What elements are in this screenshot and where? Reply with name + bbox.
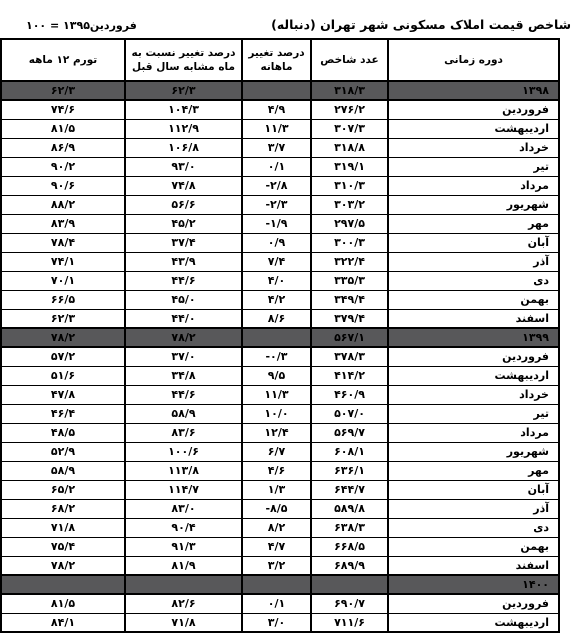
cell-index: ۴۶۰/۹ xyxy=(311,385,388,404)
index-value: ۵۸۹/۸ xyxy=(334,502,365,515)
cell-inflation: ۸۳/۹ xyxy=(1,214,125,233)
cell-period: اسفند xyxy=(388,309,559,328)
cell-yoy: ۹۳/۰ xyxy=(125,157,242,176)
cell-index: ۳۱۸/۳ xyxy=(311,81,388,100)
cell-yoy: ۶۲/۳ xyxy=(125,81,242,100)
cell-yoy: ۸۲/۶ xyxy=(125,594,242,613)
year-row: ۱۴۰۰ xyxy=(1,575,559,594)
cell-monthly: ۱۲/۴ xyxy=(242,423,311,442)
cell-inflation: ۷۸/۲ xyxy=(1,556,125,575)
index-value: ۳۰۳/۲ xyxy=(334,198,365,211)
monthly-value: ۴/۹ xyxy=(268,103,285,116)
cell-inflation: ۵۸/۹ xyxy=(1,461,125,480)
index-value: ۳۷۹/۴ xyxy=(334,312,365,325)
index-value: ۶۹۰/۷ xyxy=(334,597,365,610)
cell-monthly: ۱۱/۳ xyxy=(242,385,311,404)
monthly-value: -۲/۸ xyxy=(265,179,287,192)
cell-period: آذر xyxy=(388,252,559,271)
index-value: ۴۶۰/۹ xyxy=(334,388,365,401)
cell-yoy xyxy=(125,575,242,594)
cell-index: ۶۸۹/۹ xyxy=(311,556,388,575)
inflation-value: ۵۸/۹ xyxy=(51,464,75,477)
month-row: شهریور۶۰۸/۱۶/۷۱۰۰/۶۵۲/۹ xyxy=(1,442,559,461)
monthly-value: ۱۲/۴ xyxy=(264,426,288,439)
inflation-value: ۷۰/۱ xyxy=(51,274,75,287)
yoy-value: ۵۸/۹ xyxy=(171,407,195,420)
index-value: ۳۱۸/۸ xyxy=(334,141,365,154)
cell-index: ۳۱۹/۱ xyxy=(311,157,388,176)
cell-yoy: ۵۸/۹ xyxy=(125,404,242,423)
cell-period: بهمن xyxy=(388,290,559,309)
monthly-value: ۰/۱ xyxy=(268,597,285,610)
index-value: ۳۱۰/۳ xyxy=(334,179,365,192)
month-row: خرداد۳۱۸/۸۳/۷۱۰۶/۸۸۶/۹ xyxy=(1,138,559,157)
cell-period: اسفند xyxy=(388,556,559,575)
inflation-value: ۵۱/۶ xyxy=(51,369,75,382)
index-value: ۳۰۰/۳ xyxy=(334,236,365,249)
index-value: ۶۳۶/۱ xyxy=(334,464,365,477)
monthly-value: ۴/۷ xyxy=(268,540,285,553)
inflation-value: ۸۱/۵ xyxy=(51,122,75,135)
index-value: ۶۶۸/۵ xyxy=(334,540,365,553)
cell-period: اردیبهشت xyxy=(388,366,559,385)
index-value: ۳۷۸/۳ xyxy=(334,350,365,363)
month-row: مرداد۵۶۹/۷۱۲/۴۸۳/۶۴۸/۵ xyxy=(1,423,559,442)
month-row: فروردین۶۹۰/۷۰/۱۸۲/۶۸۱/۵ xyxy=(1,594,559,613)
inflation-value: ۶۲/۳ xyxy=(51,312,75,325)
inflation-value: ۶۲/۳ xyxy=(51,84,75,97)
cell-index: ۳۱۰/۳ xyxy=(311,176,388,195)
cell-index: ۳۳۵/۳ xyxy=(311,271,388,290)
cell-yoy: ۱۱۲/۹ xyxy=(125,119,242,138)
month-row: مرداد۳۱۰/۳-۲/۸۷۴/۸۹۰/۶ xyxy=(1,176,559,195)
inflation-value: ۸۸/۲ xyxy=(51,198,75,211)
cell-monthly: ۰/۱ xyxy=(242,594,311,613)
cell-index: ۶۳۸/۳ xyxy=(311,518,388,537)
cell-period: فروردین xyxy=(388,100,559,119)
cell-index: ۵۰۷/۰ xyxy=(311,404,388,423)
table-header: دوره زمانی عدد شاخص درصد تغییر ماهانه در… xyxy=(1,39,559,81)
cell-inflation: ۴۷/۸ xyxy=(1,385,125,404)
yoy-value: ۴۴/۶ xyxy=(171,274,195,287)
cell-index xyxy=(311,575,388,594)
cell-index: ۶۴۴/۷ xyxy=(311,480,388,499)
cell-index: ۵۶۹/۷ xyxy=(311,423,388,442)
inflation-value: ۷۱/۸ xyxy=(51,521,75,534)
cell-index: ۷۱۱/۶ xyxy=(311,613,388,632)
monthly-value: ۱۱/۳ xyxy=(264,122,288,135)
cell-period: آبان xyxy=(388,233,559,252)
yoy-value: ۱۰۰/۶ xyxy=(168,445,199,458)
monthly-value: ۸/۶ xyxy=(268,312,285,325)
yoy-value: ۹۰/۴ xyxy=(171,521,195,534)
cell-monthly: ۴/۷ xyxy=(242,537,311,556)
cell-period: مهر xyxy=(388,461,559,480)
inflation-value: ۸۴/۱ xyxy=(51,616,75,629)
cell-yoy: ۵۶/۶ xyxy=(125,195,242,214)
cell-index: ۲۹۷/۵ xyxy=(311,214,388,233)
index-value: ۳۳۵/۳ xyxy=(334,274,365,287)
index-value: ۲۹۷/۵ xyxy=(334,217,365,230)
cell-monthly: -۸/۵ xyxy=(242,499,311,518)
cell-yoy: ۴۳/۹ xyxy=(125,252,242,271)
cell-inflation: ۸۱/۵ xyxy=(1,594,125,613)
index-value: ۴۱۴/۲ xyxy=(334,369,365,382)
yoy-value: ۸۳/۰ xyxy=(171,502,195,515)
cell-inflation xyxy=(1,575,125,594)
inflation-value: ۴۷/۸ xyxy=(51,388,75,401)
column-header-period: دوره زمانی xyxy=(388,39,559,81)
month-row: اردیبهشت۳۰۷/۳۱۱/۳۱۱۲/۹۸۱/۵ xyxy=(1,119,559,138)
inflation-value: ۸۱/۵ xyxy=(51,597,75,610)
inflation-value: ۷۴/۱ xyxy=(51,255,75,268)
cell-index: ۳۰۷/۳ xyxy=(311,119,388,138)
month-row: آبان۳۰۰/۳۰/۹۳۷/۴۷۸/۴ xyxy=(1,233,559,252)
cell-index: ۳۰۰/۳ xyxy=(311,233,388,252)
cell-period: فروردین xyxy=(388,594,559,613)
monthly-value: ۷/۴ xyxy=(268,255,285,268)
cell-monthly: ۴/۹ xyxy=(242,100,311,119)
inflation-value: ۶۵/۲ xyxy=(51,483,75,496)
cell-index: ۳۲۲/۴ xyxy=(311,252,388,271)
monthly-value: ۳/۷ xyxy=(268,141,285,154)
cell-yoy: ۴۴/۰ xyxy=(125,309,242,328)
inflation-value: ۹۰/۲ xyxy=(51,160,75,173)
cell-period: اردیبهشت xyxy=(388,613,559,632)
header-row: دوره زمانی عدد شاخص درصد تغییر ماهانه در… xyxy=(1,39,559,81)
inflation-value: ۷۸/۲ xyxy=(51,559,75,572)
cell-monthly: -۲/۳ xyxy=(242,195,311,214)
month-row: اسفند۳۷۹/۴۸/۶۴۴/۰۶۲/۳ xyxy=(1,309,559,328)
cell-inflation: ۶۲/۳ xyxy=(1,81,125,100)
cell-monthly: ۶/۷ xyxy=(242,442,311,461)
cell-yoy: ۱۰۰/۶ xyxy=(125,442,242,461)
cell-inflation: ۶۵/۲ xyxy=(1,480,125,499)
cell-yoy: ۴۵/۲ xyxy=(125,214,242,233)
inflation-value: ۷۴/۶ xyxy=(51,103,75,116)
monthly-value: -۸/۵ xyxy=(265,502,287,515)
cell-yoy: ۱۱۳/۸ xyxy=(125,461,242,480)
yoy-value: ۷۱/۸ xyxy=(171,616,195,629)
yoy-value: ۱۱۳/۸ xyxy=(168,464,199,477)
inflation-value: ۷۸/۴ xyxy=(51,236,75,249)
cell-yoy: ۷۸/۲ xyxy=(125,328,242,347)
month-row: اردیبهشت۴۱۴/۲۹/۵۳۴/۸۵۱/۶ xyxy=(1,366,559,385)
monthly-value: ۶/۷ xyxy=(268,445,285,458)
column-header-index: عدد شاخص xyxy=(311,39,388,81)
cell-yoy: ۳۷/۴ xyxy=(125,233,242,252)
index-value: ۳۲۲/۴ xyxy=(334,255,365,268)
cell-index: ۵۶۷/۱ xyxy=(311,328,388,347)
cell-yoy: ۹۱/۳ xyxy=(125,537,242,556)
yoy-value: ۱۱۴/۷ xyxy=(168,483,199,496)
yoy-value: ۶۲/۳ xyxy=(171,84,195,97)
month-row: تیر۳۱۹/۱۰/۱۹۳/۰۹۰/۲ xyxy=(1,157,559,176)
cell-monthly: ۳/۰ xyxy=(242,613,311,632)
yoy-value: ۴۳/۹ xyxy=(171,255,195,268)
cell-yoy: ۱۰۶/۸ xyxy=(125,138,242,157)
month-row: فروردین۲۷۶/۲۴/۹۱۰۴/۳۷۴/۶ xyxy=(1,100,559,119)
yoy-value: ۸۳/۶ xyxy=(171,426,195,439)
cell-yoy: ۴۴/۶ xyxy=(125,385,242,404)
cell-index: ۶۰۸/۱ xyxy=(311,442,388,461)
month-row: فروردین۳۷۸/۳-۰/۳۳۷/۰۵۷/۲ xyxy=(1,347,559,366)
cell-monthly: ۴/۲ xyxy=(242,290,311,309)
cell-monthly xyxy=(242,575,311,594)
cell-index: ۳۴۹/۴ xyxy=(311,290,388,309)
monthly-value: ۳/۰ xyxy=(268,616,285,629)
cell-monthly: ۹/۵ xyxy=(242,366,311,385)
cell-yoy: ۴۴/۶ xyxy=(125,271,242,290)
cell-period: بهمن xyxy=(388,537,559,556)
cell-index: ۲۷۶/۲ xyxy=(311,100,388,119)
yoy-value: ۴۵/۲ xyxy=(171,217,195,230)
index-value: ۷۱۱/۶ xyxy=(334,616,365,629)
monthly-value: ۹/۵ xyxy=(268,369,285,382)
monthly-value: ۸/۲ xyxy=(268,521,285,534)
index-value: ۶۴۴/۷ xyxy=(334,483,365,496)
index-value: ۳۰۷/۳ xyxy=(334,122,365,135)
cell-period: آذر xyxy=(388,499,559,518)
inflation-value: ۶۸/۲ xyxy=(51,502,75,515)
inflation-value: ۴۸/۵ xyxy=(51,426,75,439)
cell-monthly: ۷/۴ xyxy=(242,252,311,271)
column-header-inflation: تورم ۱۲ ماهه xyxy=(1,39,125,81)
cell-yoy: ۸۱/۹ xyxy=(125,556,242,575)
cell-inflation: ۶۲/۳ xyxy=(1,309,125,328)
price-index-table: دوره زمانی عدد شاخص درصد تغییر ماهانه در… xyxy=(0,38,560,633)
year-row: ۱۳۹۸۳۱۸/۳۶۲/۳۶۲/۳ xyxy=(1,81,559,100)
cell-index: ۴۱۴/۲ xyxy=(311,366,388,385)
cell-period: ۱۴۰۰ xyxy=(388,575,559,594)
index-value: ۲۷۶/۲ xyxy=(334,103,365,116)
cell-yoy: ۳۴/۸ xyxy=(125,366,242,385)
inflation-value: ۶۶/۵ xyxy=(51,293,75,306)
yoy-value: ۳۷/۰ xyxy=(171,350,195,363)
inflation-value: ۴۶/۴ xyxy=(51,407,75,420)
month-row: اسفند۶۸۹/۹۳/۲۸۱/۹۷۸/۲ xyxy=(1,556,559,575)
cell-inflation: ۸۴/۱ xyxy=(1,613,125,632)
cell-inflation: ۷۴/۱ xyxy=(1,252,125,271)
cell-period: ۱۳۹۹ xyxy=(388,328,559,347)
cell-monthly: ۳/۲ xyxy=(242,556,311,575)
cell-inflation: ۷۵/۴ xyxy=(1,537,125,556)
cell-index: ۳۷۹/۴ xyxy=(311,309,388,328)
index-value: ۵۶۹/۷ xyxy=(334,426,365,439)
cell-inflation: ۸۶/۹ xyxy=(1,138,125,157)
cell-index: ۳۱۸/۸ xyxy=(311,138,388,157)
cell-yoy: ۱۱۴/۷ xyxy=(125,480,242,499)
month-row: آبان۶۴۴/۷۱/۳۱۱۴/۷۶۵/۲ xyxy=(1,480,559,499)
month-row: بهمن۶۶۸/۵۴/۷۹۱/۳۷۵/۴ xyxy=(1,537,559,556)
yoy-value: ۷۴/۸ xyxy=(171,179,195,192)
yoy-value: ۴۴/۶ xyxy=(171,388,195,401)
cell-period: فروردین xyxy=(388,347,559,366)
monthly-value: ۱۱/۳ xyxy=(264,388,288,401)
index-value: ۵۰۷/۰ xyxy=(334,407,365,420)
cell-inflation: ۷۸/۲ xyxy=(1,328,125,347)
cell-inflation: ۵۲/۹ xyxy=(1,442,125,461)
cell-inflation: ۸۸/۲ xyxy=(1,195,125,214)
cell-monthly: ۱۰/۰ xyxy=(242,404,311,423)
cell-period: آبان xyxy=(388,480,559,499)
cell-period: مهر xyxy=(388,214,559,233)
index-value: ۳۱۹/۱ xyxy=(334,160,365,173)
base-index-note: فروردین۱۳۹۵ = ۱۰۰ xyxy=(26,19,137,32)
monthly-value: ۱۰/۰ xyxy=(264,407,288,420)
yoy-value: ۳۷/۴ xyxy=(171,236,195,249)
yoy-value: ۸۲/۶ xyxy=(171,597,195,610)
month-row: آذر۳۲۲/۴۷/۴۴۳/۹۷۴/۱ xyxy=(1,252,559,271)
cell-inflation: ۴۸/۵ xyxy=(1,423,125,442)
year-row: ۱۳۹۹۵۶۷/۱۷۸/۲۷۸/۲ xyxy=(1,328,559,347)
cell-monthly: -۲/۸ xyxy=(242,176,311,195)
cell-index: ۳۷۸/۳ xyxy=(311,347,388,366)
inflation-value: ۵۲/۹ xyxy=(51,445,75,458)
cell-yoy: ۷۱/۸ xyxy=(125,613,242,632)
page-title: شاخص قیمت املاک مسکونی شهر تهران (دنباله… xyxy=(271,17,571,32)
yoy-value: ۳۴/۸ xyxy=(171,369,195,382)
cell-monthly: ۳/۷ xyxy=(242,138,311,157)
cell-inflation: ۶۸/۲ xyxy=(1,499,125,518)
yoy-value: ۱۰۴/۳ xyxy=(168,103,199,116)
month-row: دی۳۳۵/۳۴/۰۴۴/۶۷۰/۱ xyxy=(1,271,559,290)
cell-inflation: ۵۷/۲ xyxy=(1,347,125,366)
cell-index: ۵۸۹/۸ xyxy=(311,499,388,518)
yoy-value: ۴۵/۰ xyxy=(171,293,195,306)
cell-period: دی xyxy=(388,271,559,290)
table-body: ۱۳۹۸۳۱۸/۳۶۲/۳۶۲/۳فروردین۲۷۶/۲۴/۹۱۰۴/۳۷۴/… xyxy=(1,81,559,632)
cell-yoy: ۳۷/۰ xyxy=(125,347,242,366)
inflation-value: ۷۸/۲ xyxy=(51,331,75,344)
cell-period: خرداد xyxy=(388,138,559,157)
monthly-value: -۱/۹ xyxy=(265,217,287,230)
cell-period: شهریور xyxy=(388,195,559,214)
cell-monthly: ۴/۶ xyxy=(242,461,311,480)
cell-index: ۶۳۶/۱ xyxy=(311,461,388,480)
cell-yoy: ۹۰/۴ xyxy=(125,518,242,537)
cell-period: تیر xyxy=(388,404,559,423)
cell-inflation: ۷۸/۴ xyxy=(1,233,125,252)
cell-inflation: ۶۶/۵ xyxy=(1,290,125,309)
month-row: شهریور۳۰۳/۲-۲/۳۵۶/۶۸۸/۲ xyxy=(1,195,559,214)
cell-inflation: ۹۰/۶ xyxy=(1,176,125,195)
yoy-value: ۹۳/۰ xyxy=(171,160,195,173)
cell-yoy: ۸۳/۰ xyxy=(125,499,242,518)
yoy-value: ۴۴/۰ xyxy=(171,312,195,325)
header-bar: شاخص قیمت املاک مسکونی شهر تهران (دنباله… xyxy=(0,0,582,38)
cell-monthly: -۱/۹ xyxy=(242,214,311,233)
cell-monthly xyxy=(242,81,311,100)
cell-period: تیر xyxy=(388,157,559,176)
monthly-value: -۲/۳ xyxy=(265,198,287,211)
cell-period: مرداد xyxy=(388,176,559,195)
cell-monthly: ۸/۶ xyxy=(242,309,311,328)
cell-monthly: ۰/۹ xyxy=(242,233,311,252)
cell-monthly xyxy=(242,328,311,347)
inflation-value: ۵۷/۲ xyxy=(51,350,75,363)
month-row: خرداد۴۶۰/۹۱۱/۳۴۴/۶۴۷/۸ xyxy=(1,385,559,404)
index-value: ۶۰۸/۱ xyxy=(334,445,365,458)
monthly-value: ۴/۶ xyxy=(268,464,285,477)
yoy-value: ۱۰۶/۸ xyxy=(168,141,199,154)
cell-inflation: ۴۶/۴ xyxy=(1,404,125,423)
monthly-value: ۰/۱ xyxy=(268,160,285,173)
index-value: ۶۸۹/۹ xyxy=(334,559,365,572)
yoy-value: ۸۱/۹ xyxy=(171,559,195,572)
column-header-monthly: درصد تغییر ماهانه xyxy=(242,39,311,81)
cell-period: شهریور xyxy=(388,442,559,461)
monthly-value: ۰/۹ xyxy=(268,236,285,249)
month-row: دی۶۳۸/۳۸/۲۹۰/۴۷۱/۸ xyxy=(1,518,559,537)
cell-monthly: ۴/۰ xyxy=(242,271,311,290)
cell-monthly: ۱۱/۳ xyxy=(242,119,311,138)
cell-yoy: ۱۰۴/۳ xyxy=(125,100,242,119)
column-header-yoy: درصد تغییر نسبت به ماه مشابه سال قبل xyxy=(125,39,242,81)
month-row: مهر۲۹۷/۵-۱/۹۴۵/۲۸۳/۹ xyxy=(1,214,559,233)
cell-period: خرداد xyxy=(388,385,559,404)
cell-inflation: ۷۰/۱ xyxy=(1,271,125,290)
cell-yoy: ۸۳/۶ xyxy=(125,423,242,442)
cell-inflation: ۹۰/۲ xyxy=(1,157,125,176)
monthly-value: ۱/۳ xyxy=(268,483,285,496)
month-row: اردیبهشت۷۱۱/۶۳/۰۷۱/۸۸۴/۱ xyxy=(1,613,559,632)
cell-period: دی xyxy=(388,518,559,537)
cell-index: ۶۹۰/۷ xyxy=(311,594,388,613)
cell-monthly: ۱/۳ xyxy=(242,480,311,499)
monthly-value: -۰/۳ xyxy=(265,350,287,363)
yoy-value: ۵۶/۶ xyxy=(171,198,195,211)
index-value: ۵۶۷/۱ xyxy=(334,331,365,344)
index-value: ۳۴۹/۴ xyxy=(334,293,365,306)
inflation-value: ۷۵/۴ xyxy=(51,540,75,553)
cell-inflation: ۷۱/۸ xyxy=(1,518,125,537)
month-row: بهمن۳۴۹/۴۴/۲۴۵/۰۶۶/۵ xyxy=(1,290,559,309)
cell-monthly: -۰/۳ xyxy=(242,347,311,366)
cell-yoy: ۴۵/۰ xyxy=(125,290,242,309)
cell-period: اردیبهشت xyxy=(388,119,559,138)
index-value: ۳۱۸/۳ xyxy=(334,84,365,97)
cell-inflation: ۵۱/۶ xyxy=(1,366,125,385)
inflation-value: ۸۳/۹ xyxy=(51,217,75,230)
index-value: ۶۳۸/۳ xyxy=(334,521,365,534)
cell-monthly: ۸/۲ xyxy=(242,518,311,537)
month-row: مهر۶۳۶/۱۴/۶۱۱۳/۸۵۸/۹ xyxy=(1,461,559,480)
cell-yoy: ۷۴/۸ xyxy=(125,176,242,195)
inflation-value: ۹۰/۶ xyxy=(51,179,75,192)
monthly-value: ۴/۰ xyxy=(268,274,285,287)
monthly-value: ۴/۲ xyxy=(268,293,285,306)
yoy-value: ۹۱/۳ xyxy=(171,540,195,553)
yoy-value: ۷۸/۲ xyxy=(171,331,195,344)
monthly-value: ۳/۲ xyxy=(268,559,285,572)
month-row: آذر۵۸۹/۸-۸/۵۸۳/۰۶۸/۲ xyxy=(1,499,559,518)
cell-index: ۳۰۳/۲ xyxy=(311,195,388,214)
cell-period: ۱۳۹۸ xyxy=(388,81,559,100)
month-row: تیر۵۰۷/۰۱۰/۰۵۸/۹۴۶/۴ xyxy=(1,404,559,423)
cell-inflation: ۷۴/۶ xyxy=(1,100,125,119)
cell-inflation: ۸۱/۵ xyxy=(1,119,125,138)
yoy-value: ۱۱۲/۹ xyxy=(168,122,199,135)
cell-index: ۶۶۸/۵ xyxy=(311,537,388,556)
inflation-value: ۸۶/۹ xyxy=(51,141,75,154)
cell-period: مرداد xyxy=(388,423,559,442)
cell-monthly: ۰/۱ xyxy=(242,157,311,176)
